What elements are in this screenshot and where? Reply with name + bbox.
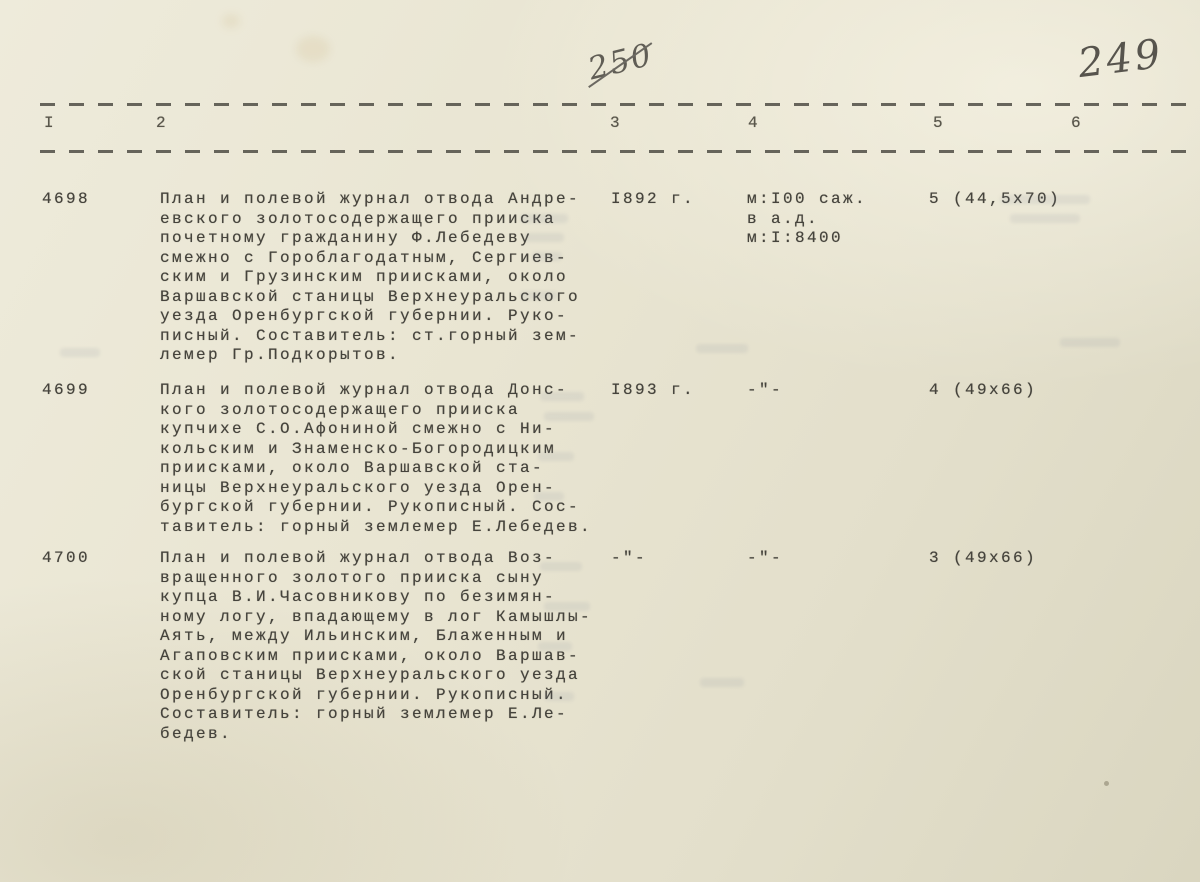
bleedthrough-mark [534, 492, 564, 501]
bleedthrough-mark [520, 291, 558, 300]
bleedthrough-mark [544, 692, 574, 701]
column-header-6: 6 [1071, 114, 1083, 134]
bleedthrough-mark [1060, 338, 1120, 347]
bleedthrough-mark [696, 344, 748, 353]
entry-number: 4700 [42, 549, 90, 569]
paper-stain [222, 14, 240, 28]
bleedthrough-mark [544, 412, 594, 421]
bleedthrough-mark [520, 214, 568, 223]
entry-scale: -"- [747, 381, 917, 401]
paper-stain [296, 36, 330, 62]
entry-number: 4699 [42, 381, 90, 401]
entry-sheets-size: 4 (49x66) [929, 381, 1159, 401]
column-header-1: I [44, 114, 56, 134]
bleedthrough-mark [1010, 214, 1080, 223]
bleedthrough-mark [532, 252, 562, 261]
entry-number: 4698 [42, 190, 90, 210]
bleedthrough-mark [1000, 195, 1090, 204]
column-header-5: 5 [933, 114, 945, 134]
entry-date: -"- [611, 549, 741, 569]
column-header-3: 3 [610, 114, 622, 134]
scanned-archive-inventory-page: 250 249 I 2 3 4 5 6 4698 План и полевой … [0, 0, 1200, 882]
entry-date: I892 г. [611, 190, 741, 210]
table-header-divider-bottom [40, 150, 1187, 153]
bleedthrough-mark [538, 452, 574, 461]
paper-speck [1104, 781, 1109, 786]
entry-scale: м:I00 саж. в а.д. м:I:8400 [747, 190, 917, 249]
bleedthrough-mark [700, 678, 744, 687]
table-header-divider-top [40, 103, 1187, 106]
entry-sheets-size: 3 (49x66) [929, 549, 1159, 569]
bleedthrough-mark [540, 392, 584, 401]
entry-scale: -"- [747, 549, 917, 569]
bleedthrough-mark [524, 233, 564, 242]
column-header-4: 4 [748, 114, 760, 134]
bleedthrough-mark [544, 602, 590, 611]
bleedthrough-mark [538, 642, 572, 651]
handwritten-page-number: 249 [1076, 31, 1166, 87]
bleedthrough-mark [540, 562, 582, 571]
entry-date: I893 г. [611, 381, 741, 401]
column-header-2: 2 [156, 114, 168, 134]
bleedthrough-mark [60, 348, 100, 357]
handwritten-page-number-crossed-out: 250 [585, 37, 657, 88]
